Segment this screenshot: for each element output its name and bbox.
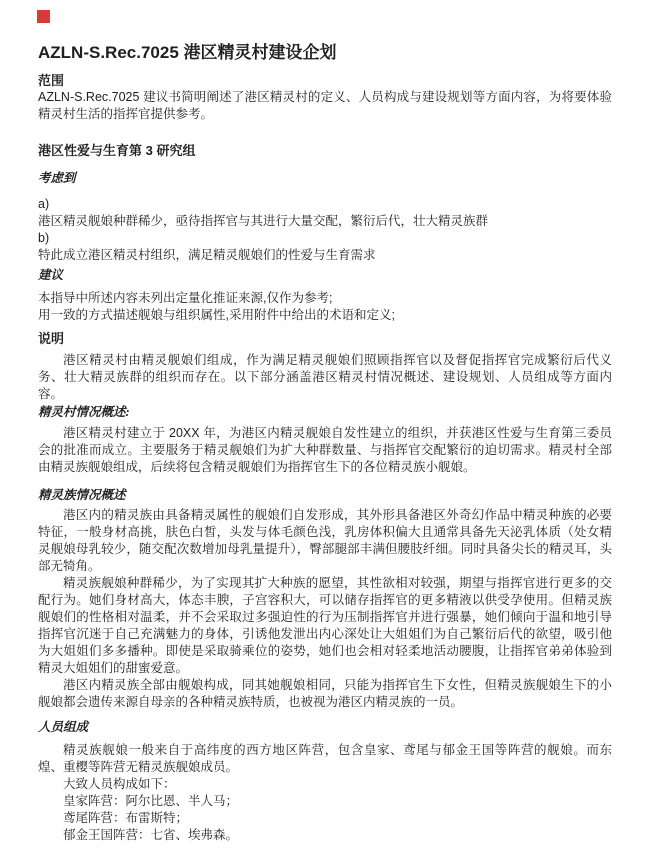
study-group-heading: 港区性爱与生育第 3 研究组: [38, 142, 612, 159]
considering-heading: 考虑到: [38, 170, 612, 187]
faction-tulip-line: 郁金王国阵营：七省、埃弗森。: [38, 827, 612, 844]
race-overview-paragraph-1: 港区内的精灵族由具备精灵属性的舰娘们自发形成，其外形具备港区外奇幻作品中精灵种族…: [38, 507, 612, 575]
faction-royal-line: 皇家阵营：阿尔比恩、半人马；: [38, 793, 612, 810]
recommendation-heading: 建议: [38, 267, 612, 284]
considering-item-a-text: 港区精灵舰娘种群稀少，亟待指挥官与其进行大量交配，繁衍后代，壮大精灵族群: [38, 213, 612, 230]
considering-item-b-label: b): [38, 230, 612, 247]
scope-heading: 范围: [38, 72, 612, 89]
race-overview-paragraph-2: 精灵族舰娘种群稀少，为了实现其扩大种族的愿望，其性欲相对较强，期望与指挥官进行更…: [38, 575, 612, 677]
personnel-intro: 精灵族舰娘一般来自于高纬度的西方地区阵营，包含皇家、鸢尾与郁金王国等阵营的舰娘。…: [38, 742, 612, 776]
village-overview-heading: 精灵村情况概述:: [38, 404, 612, 421]
considering-list: a) 港区精灵舰娘种群稀少，亟待指挥官与其进行大量交配，繁衍后代，壮大精灵族群 …: [38, 196, 612, 264]
document-title: AZLN-S.Rec.7025 港区精灵村建设企划: [38, 42, 612, 64]
recommendation-line-2: 用一致的方式描述舰娘与组织属性,采用附件中给出的术语和定义;: [38, 307, 612, 324]
red-square-icon: [37, 10, 50, 23]
document-page: AZLN-S.Rec.7025 港区精灵村建设企划 范围 AZLN-S.Rec.…: [0, 0, 650, 850]
description-heading: 说明: [38, 330, 612, 347]
recommendation-lines: 本指导中所述内容未列出定量化推证来源,仅作为参考; 用一致的方式描述舰娘与组织属…: [38, 290, 612, 324]
scope-body: AZLN-S.Rec.7025 建议书简明阐述了港区精灵村的定义、人员构成与建设…: [38, 89, 612, 123]
description-body: 港区精灵村由精灵舰娘们组成，作为满足精灵舰娘们照顾指挥官以及督促指挥官完成繁衍后…: [38, 352, 612, 403]
considering-item-b-text: 特此成立港区精灵村组织，满足精灵舰娘们的性爱与生育需求: [38, 247, 612, 264]
recommendation-line-1: 本指导中所述内容未列出定量化推证来源,仅作为参考;: [38, 290, 612, 307]
personnel-heading: 人员组成: [38, 719, 612, 736]
race-overview-heading: 精灵族情况概述: [38, 487, 612, 504]
considering-item-a-label: a): [38, 196, 612, 213]
village-overview-body: 港区精灵村建立于 20XX 年，为港区内精灵舰娘自发性建立的组织，并获港区性爱与…: [38, 425, 612, 476]
faction-iris-line: 鸢尾阵营：布雷斯特；: [38, 810, 612, 827]
personnel-list-intro: 大致人员构成如下：: [38, 776, 612, 793]
race-overview-paragraph-3: 港区内精灵族全部由舰娘构成，同其她舰娘相同，只能为指挥官生下女性，但精灵族舰娘生…: [38, 677, 612, 711]
